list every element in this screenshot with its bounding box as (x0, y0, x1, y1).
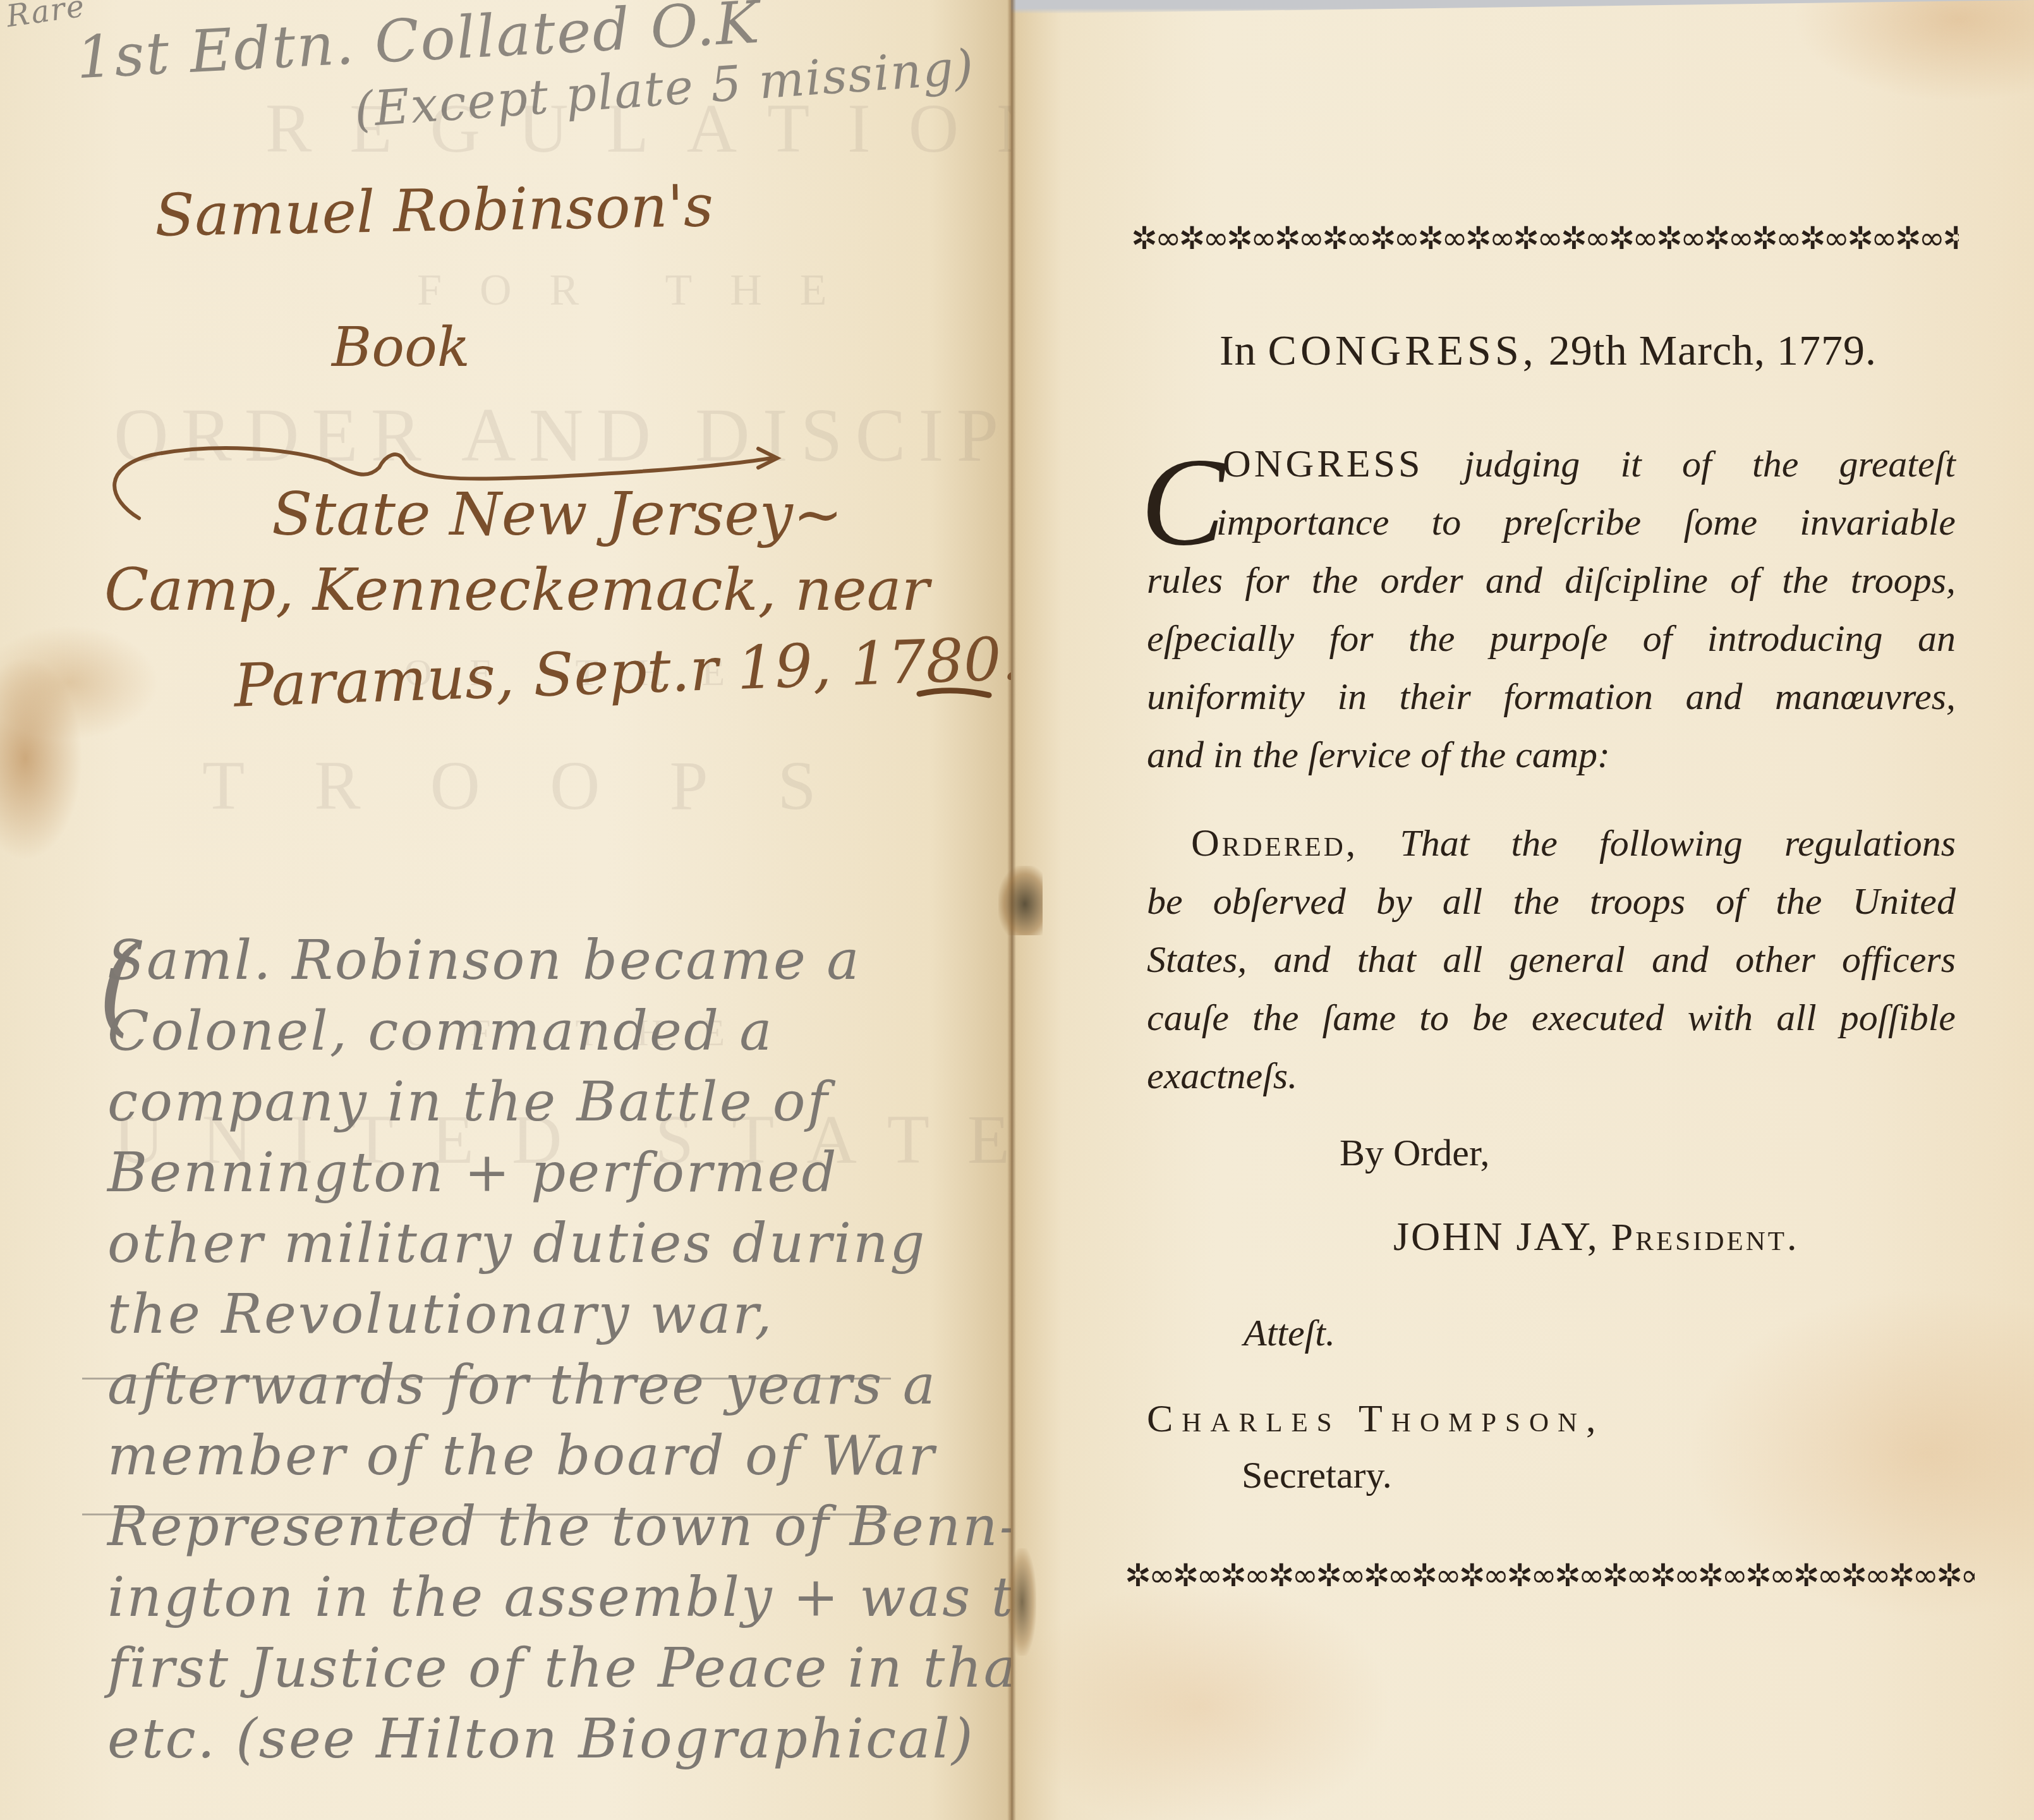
gutter-stain (1008, 1548, 1036, 1656)
note-line: the Revolutionary war, (107, 1283, 979, 1354)
note-line: member of the board of War (107, 1424, 979, 1495)
president-title: President. (1611, 1216, 1800, 1259)
president-name: JOHN JAY, (1393, 1214, 1599, 1259)
ordered-lead: Ordered, (1191, 822, 1358, 864)
ghost-text: FOR THE (417, 265, 864, 316)
note-line: Saml. Robinson became a (107, 929, 979, 1000)
para-line: be obſerved by all the troops of the Uni… (1147, 872, 1956, 930)
ink-date-line: Paramus, Sept.r 19, 1780. (233, 624, 1011, 720)
ink-state-line: State New Jersey~ (272, 480, 843, 549)
para-line: importance to preſcribe ſome invariable (1147, 493, 1956, 551)
ornament-rule-bottom: ✲∞✲∞✲∞✲∞✲∞✲∞✲∞✲∞✲∞✲∞✲∞✲∞✲∞✲∞✲∞✲∞✲∞✲∞✲∞✲∞… (1125, 1560, 1975, 1591)
ink-dash-icon (916, 682, 992, 708)
para-line: eſpecially for the purpoſe of introducin… (1147, 609, 1956, 667)
secretary-name: Charles Thompson, (1147, 1397, 1605, 1441)
ink-owner-name: Samuel Robinson's (154, 172, 714, 249)
note-line: company in the Battle of (107, 1071, 979, 1141)
para-line: cauſe the ſame to be executed with all p… (1147, 988, 1956, 1046)
note-line: Represented the town of Benn- (107, 1495, 979, 1566)
ink-book-word: Book (332, 316, 470, 379)
para-line: and in the ſervice of the camp: (1147, 725, 1956, 784)
note-line: other military duties during (107, 1212, 979, 1283)
heading-prefix: In (1220, 326, 1268, 374)
heading-congress: CONGRESS, (1268, 326, 1537, 374)
note-line: Colonel, commanded a (107, 1000, 979, 1071)
para-line: uniformity in their formation and manœuv… (1147, 667, 1956, 725)
by-order: By Order, (1340, 1131, 1490, 1175)
resolution-paragraph: ONGRESS judging it of the greateſt impor… (1147, 435, 1956, 784)
pencil-biographical-note: Saml. Robinson became a Colonel, command… (107, 929, 979, 1778)
note-line: first Justice of the Peace in that town (107, 1637, 979, 1708)
note-line: ington in the assembly + was the (107, 1566, 979, 1637)
ghost-text: TROOPS (202, 746, 886, 826)
note-line: Bennington + performed (107, 1141, 979, 1212)
para-line: States, and that all general and other o… (1147, 930, 1956, 988)
resolution-heading: In CONGRESS, 29th March, 1779. (1156, 325, 1940, 375)
note-line: afterwards for three years a (107, 1354, 979, 1424)
para-line: exactneſs. (1147, 1046, 1956, 1105)
president-signature: JOHN JAY, President. (1393, 1213, 1800, 1260)
para-line: Ordered, That the following regulations (1147, 814, 1956, 872)
lead-caps: ONGRESS (1223, 442, 1424, 485)
attest-label: Atteſt. (1244, 1311, 1335, 1355)
para-line: rules for the order and diſcipline of th… (1147, 551, 1956, 609)
left-flyleaf: REGULATIONS FOR THE ORDER AND DISCIPLINE… (0, 0, 1011, 1820)
secretary-title: Secretary. (1242, 1453, 1392, 1497)
ornament-rule-top: ✲∞✲∞✲∞✲∞✲∞✲∞✲∞✲∞✲∞✲∞✲∞✲∞✲∞✲∞✲∞✲∞✲∞✲∞✲∞✲∞… (1131, 222, 1959, 254)
heading-date: 29th March, 1779. (1537, 326, 1877, 374)
ordered-paragraph: Ordered, That the following regulations … (1147, 814, 1956, 1105)
gutter-stain (998, 866, 1043, 935)
note-line: etc. (see Hilton Biographical) (107, 1708, 979, 1778)
ink-camp-line: Camp, Kenneckemack, near (104, 556, 929, 624)
para-line: ONGRESS judging it of the greateſt (1147, 435, 1956, 493)
book-spread: REGULATIONS FOR THE ORDER AND DISCIPLINE… (0, 0, 2034, 1820)
